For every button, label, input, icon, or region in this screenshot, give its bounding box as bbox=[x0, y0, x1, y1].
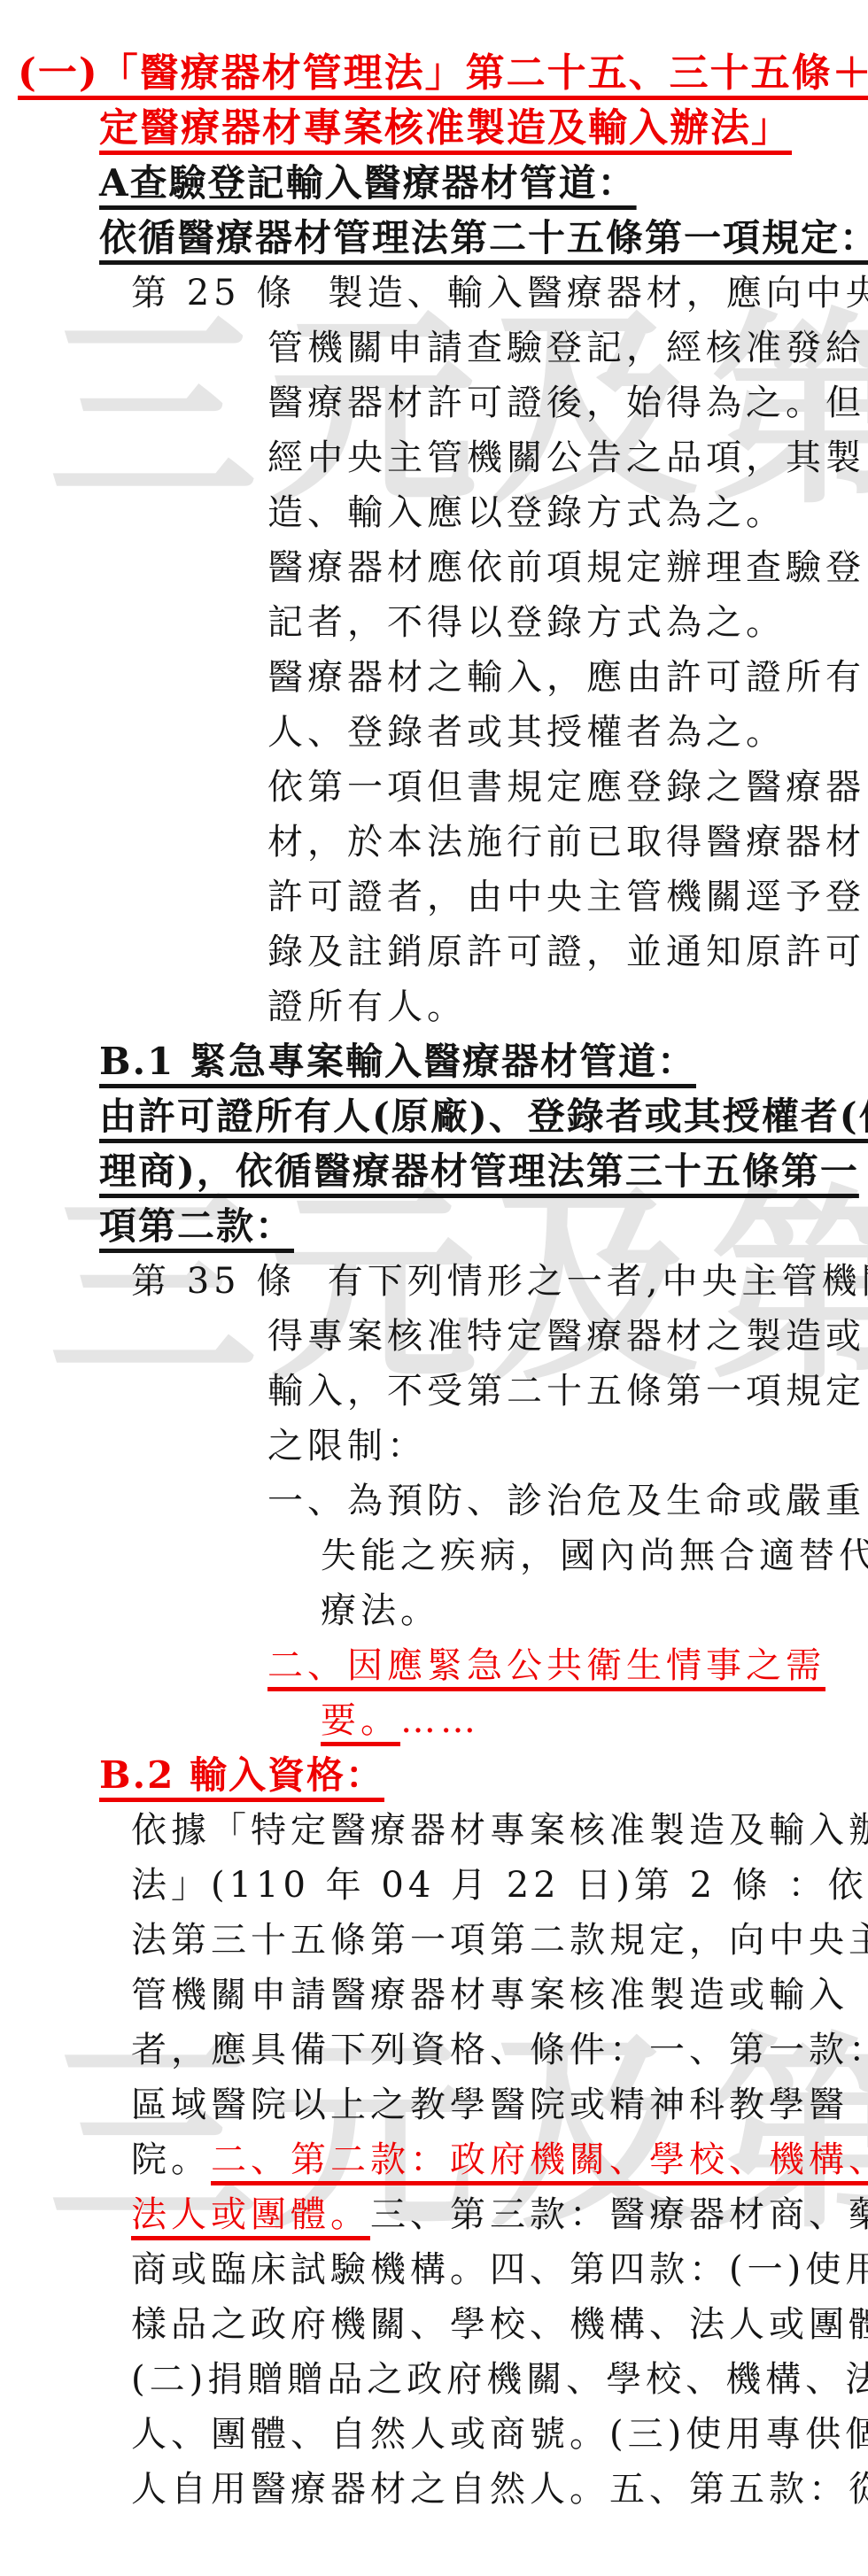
text-line: 由許可證所有人(原廠)、登錄者或其授權者(代 bbox=[0, 1089, 868, 1144]
text-segment: 一、為預防、診治危及生命或嚴重 bbox=[267, 1483, 865, 1519]
text-line: 二、因應緊急公共衛生情事之需 bbox=[0, 1638, 868, 1693]
text-line: 之限制： bbox=[0, 1419, 868, 1474]
text-segment: 醫療器材之輸入，應由許可證所有 bbox=[267, 660, 865, 695]
text-segment: 記者，不得以登錄方式為之。 bbox=[267, 605, 786, 640]
text-segment: …… bbox=[400, 1703, 480, 1738]
text-line: 許可證者，由中央主管機關逕予登 bbox=[0, 870, 868, 924]
text-segment: 人、團體、自然人或商號。(三)使用專供個 bbox=[131, 2417, 868, 2452]
text-segment: 者，應具備下列資格、條件：一、第一款： bbox=[131, 2032, 868, 2068]
text-segment: 管機關申請查驗登記，經核准發給 bbox=[267, 330, 865, 366]
text-line: 理商)，依循醫療器材管理法第三十五條第一 bbox=[0, 1144, 868, 1199]
text-segment: 人自用醫療器材之自然人。五、第五款：從 bbox=[131, 2472, 868, 2507]
text-segment: 理商)，依循醫療器材管理法第三十五條第一 bbox=[99, 1153, 859, 1190]
text-line: 樣品之政府機關、學校、機構、法人或團體。 bbox=[0, 2297, 868, 2352]
text-line: 材，於本法施行前已取得醫療器材 bbox=[0, 815, 868, 870]
text-segment: 人、登錄者或其授權者為之。 bbox=[267, 715, 786, 750]
text-line: 醫療器材許可證後，始得為之。但 bbox=[0, 375, 868, 430]
text-segment: 依第一項但書規定應登錄之醫療器 bbox=[267, 770, 865, 805]
text-segment: 商或臨床試驗機構。四、第四款：(一)使用 bbox=[131, 2252, 868, 2287]
text-line: 定醫療器材專案核准製造及輸入辦法」 bbox=[0, 101, 868, 156]
text-line: 法」(110 年 04 月 22 日)第 2 條 ：依本 bbox=[0, 1858, 868, 1913]
text-segment: B.2 輸入資格： bbox=[99, 1757, 384, 1794]
text-line: 法人或團體。三、第三款：醫療器材商、藥 bbox=[0, 2187, 868, 2242]
text-line: 醫療器材應依前項規定辦理查驗登 bbox=[0, 540, 868, 595]
text-segment: 療法。 bbox=[321, 1593, 440, 1628]
text-line: A查驗登記輸入醫療器材管道： bbox=[0, 156, 868, 211]
text-segment: 項第二款： bbox=[99, 1208, 294, 1245]
text-line: 療法。 bbox=[0, 1583, 868, 1638]
text-segment: 三、第三款：醫療器材商、藥 bbox=[370, 2197, 868, 2232]
text-segment: 醫療器材許可證後，始得為之。但 bbox=[267, 385, 865, 421]
text-segment: 區域醫院以上之教學醫院或精神科教學醫 bbox=[131, 2087, 849, 2123]
text-segment: 失能之疾病，國內尚無合適替代 bbox=[321, 1538, 868, 1574]
text-line: 要。…… bbox=[0, 1693, 868, 1748]
text-line: 經中央主管機關公告之品項，其製 bbox=[0, 430, 868, 485]
text-line: 醫療器材之輸入，應由許可證所有 bbox=[0, 650, 868, 705]
text-line: 人、團體、自然人或商號。(三)使用專供個 bbox=[0, 2407, 868, 2462]
text-segment: 院。 bbox=[131, 2142, 211, 2178]
text-line: 管機關申請查驗登記，經核准發給 bbox=[0, 321, 868, 375]
text-line: 證所有人。 bbox=[0, 979, 868, 1034]
text-segment: 法人或團體。 bbox=[131, 2197, 370, 2232]
text-segment: 定醫療器材專案核准製造及輸入辦法」 bbox=[99, 109, 792, 148]
text-segment: 第 35 條 有下列情形之一者,中央主管機關 bbox=[131, 1264, 868, 1299]
text-segment: 經中央主管機關公告之品項，其製 bbox=[267, 440, 865, 476]
text-line: 得專案核准特定醫療器材之製造或 bbox=[0, 1309, 868, 1364]
text-segment: 法第三十五條第一項第二款規定，向中央主 bbox=[131, 1922, 868, 1958]
text-line: 第 35 條 有下列情形之一者,中央主管機關 bbox=[0, 1254, 868, 1309]
text-line: (二)捐贈贈品之政府機關、學校、機構、法 bbox=[0, 2352, 868, 2407]
text-line: 依循醫療器材管理法第二十五條第一項規定： bbox=[0, 211, 868, 266]
text-segment: 錄及註銷原許可證，並通知原許可 bbox=[267, 934, 865, 970]
text-line: 依據「特定醫療器材專案核准製造及輸入辦 bbox=[0, 1803, 868, 1858]
text-segment: 材，於本法施行前已取得醫療器材 bbox=[267, 824, 865, 860]
text-segment: 二、第二款：政府機關、學校、機構、 bbox=[211, 2142, 868, 2178]
text-segment: 管機關申請醫療器材專案核准製造或輸入 bbox=[131, 1977, 849, 2013]
text-line: 商或臨床試驗機構。四、第四款：(一)使用 bbox=[0, 2242, 868, 2297]
text-segment: B.1 緊急專案輸入醫療器材管道： bbox=[99, 1043, 696, 1080]
text-line: 依第一項但書規定應登錄之醫療器 bbox=[0, 760, 868, 815]
text-line: B.1 緊急專案輸入醫療器材管道： bbox=[0, 1034, 868, 1089]
text-line: 第 25 條 製造、輸入醫療器材，應向中央主 bbox=[0, 266, 868, 321]
text-line: 記者，不得以登錄方式為之。 bbox=[0, 595, 868, 650]
text-segment: 樣品之政府機關、學校、機構、法人或團體。 bbox=[131, 2307, 868, 2342]
text-line: 院。二、第二款：政府機關、學校、機構、 bbox=[0, 2132, 868, 2187]
document-page: 三元及第三元及第三元及第 (一)「醫療器材管理法」第二十五、三十五條＋「特定醫療… bbox=[0, 0, 868, 2576]
text-line: 項第二款： bbox=[0, 1199, 868, 1254]
text-line: 一、為預防、診治危及生命或嚴重 bbox=[0, 1474, 868, 1528]
text-line: 人、登錄者或其授權者為之。 bbox=[0, 705, 868, 760]
text-segment: (二)捐贈贈品之政府機關、學校、機構、法 bbox=[131, 2362, 868, 2397]
text-line: 管機關申請醫療器材專案核准製造或輸入 bbox=[0, 1968, 868, 2023]
text-segment: (一)「醫療器材管理法」第二十五、三十五條＋「特 bbox=[18, 54, 868, 93]
text-line: 者，應具備下列資格、條件：一、第一款： bbox=[0, 2023, 868, 2077]
text-line: 造、輸入應以登錄方式為之。 bbox=[0, 485, 868, 540]
text-segment: 法」(110 年 04 月 22 日)第 2 條 ：依本 bbox=[131, 1868, 868, 1903]
text-line: B.2 輸入資格： bbox=[0, 1748, 868, 1803]
text-segment: 得專案核准特定醫療器材之製造或 bbox=[267, 1319, 865, 1354]
text-segment: 之限制： bbox=[267, 1428, 427, 1464]
document-body: (一)「醫療器材管理法」第二十五、三十五條＋「特定醫療器材專案核准製造及輸入辦法… bbox=[0, 46, 868, 2517]
text-segment: 二、因應緊急公共衛生情事之需 bbox=[267, 1648, 825, 1683]
text-line: 人自用醫療器材之自然人。五、第五款：從 bbox=[0, 2462, 868, 2517]
text-segment: 許可證者，由中央主管機關逕予登 bbox=[267, 879, 865, 915]
text-segment: 證所有人。 bbox=[267, 989, 467, 1025]
text-segment: 依循醫療器材管理法第二十五條第一項規定： bbox=[99, 220, 868, 257]
text-line: (一)「醫療器材管理法」第二十五、三十五條＋「特 bbox=[0, 46, 868, 101]
text-segment: 依據「特定醫療器材專案核准製造及輸入辦 bbox=[131, 1813, 868, 1848]
text-segment: 醫療器材應依前項規定辦理查驗登 bbox=[267, 550, 865, 585]
text-segment: A查驗登記輸入醫療器材管道： bbox=[99, 165, 637, 202]
text-line: 法第三十五條第一項第二款規定，向中央主 bbox=[0, 1913, 868, 1968]
text-line: 輸入，不受第二十五條第一項規定 bbox=[0, 1364, 868, 1419]
text-segment: 輸入，不受第二十五條第一項規定 bbox=[267, 1373, 865, 1409]
text-line: 區域醫院以上之教學醫院或精神科教學醫 bbox=[0, 2077, 868, 2132]
text-segment: 造、輸入應以登錄方式為之。 bbox=[267, 495, 786, 530]
text-segment: 要。 bbox=[321, 1703, 400, 1738]
text-segment: 由許可證所有人(原廠)、登錄者或其授權者(代 bbox=[99, 1098, 868, 1135]
text-line: 失能之疾病，國內尚無合適替代 bbox=[0, 1528, 868, 1583]
text-line: 錄及註銷原許可證，並通知原許可 bbox=[0, 924, 868, 979]
text-segment: 第 25 條 製造、輸入醫療器材，應向中央主 bbox=[131, 275, 868, 311]
